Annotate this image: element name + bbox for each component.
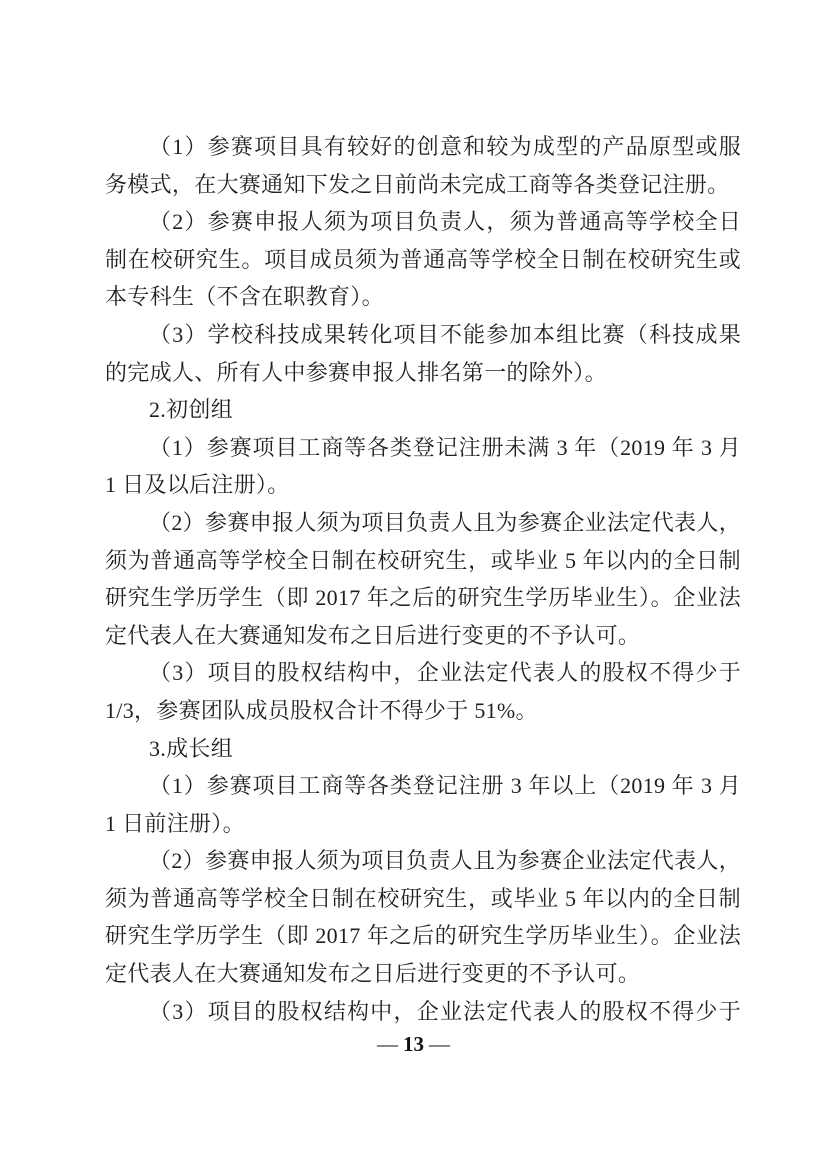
text-line: （3）项目的股权结构中，企业法定代表人的股权不得少于 — [105, 654, 741, 692]
text-line: （1）参赛项目工商等各类登记注册未满 3 年（2019 年 3 月 — [105, 429, 741, 467]
text-line: 须为普通高等学校全日制在校研究生，或毕业 5 年以内的全日制 — [105, 542, 741, 580]
text-line: 研究生学历学生（即 2017 年之后的研究生学历毕业生）。企业法 — [105, 579, 741, 617]
text-line: 须为普通高等学校全日制在校研究生，或毕业 5 年以内的全日制 — [105, 880, 741, 918]
text-line: （2）参赛申报人须为项目负责人，须为普通高等学校全日 — [105, 203, 741, 241]
text-line: 研究生学历学生（即 2017 年之后的研究生学历毕业生）。企业法 — [105, 917, 741, 955]
document-body: （1）参赛项目具有较好的创意和较为成型的产品原型或服 务模式，在大赛通知下发之日… — [105, 128, 741, 1030]
text-line: 的完成人、所有人中参赛申报人排名第一的除外）。 — [105, 354, 741, 392]
page-number: 13 — [403, 1032, 424, 1056]
text-line: 1 日及以后注册）。 — [105, 466, 741, 504]
text-line: 本专科生（不含在职教育）。 — [105, 278, 741, 316]
text-line: 1/3，参赛团队成员股权合计不得少于 51%。 — [105, 692, 741, 730]
text-line: 1 日前注册）。 — [105, 805, 741, 843]
text-line: （1）参赛项目工商等各类登记注册 3 年以上（2019 年 3 月 — [105, 767, 741, 805]
text-line: （3）学校科技成果转化项目不能参加本组比赛（科技成果 — [105, 316, 741, 354]
section-heading-growth-group: 3.成长组 — [105, 730, 741, 768]
text-line: 定代表人在大赛通知发布之日后进行变更的不予认可。 — [105, 617, 741, 655]
section-heading-startup-group: 2.初创组 — [105, 391, 741, 429]
page-footer: —13— — [0, 1029, 827, 1059]
text-line: 制在校研究生。项目成员须为普通高等学校全日制在校研究生或 — [105, 241, 741, 279]
text-line: （2）参赛申报人须为项目负责人且为参赛企业法定代表人， — [105, 842, 741, 880]
footer-dash-left: — — [377, 1032, 398, 1056]
text-line: （1）参赛项目具有较好的创意和较为成型的产品原型或服 — [105, 128, 741, 166]
text-line: 定代表人在大赛通知发布之日后进行变更的不予认可。 — [105, 955, 741, 993]
footer-dash-right: — — [429, 1032, 450, 1056]
text-line: 务模式，在大赛通知下发之日前尚未完成工商等各类登记注册。 — [105, 166, 741, 204]
text-line: （2）参赛申报人须为项目负责人且为参赛企业法定代表人， — [105, 504, 741, 542]
document-page: （1）参赛项目具有较好的创意和较为成型的产品原型或服 务模式，在大赛通知下发之日… — [0, 0, 827, 1170]
text-line: （3）项目的股权结构中，企业法定代表人的股权不得少于 — [105, 993, 741, 1031]
